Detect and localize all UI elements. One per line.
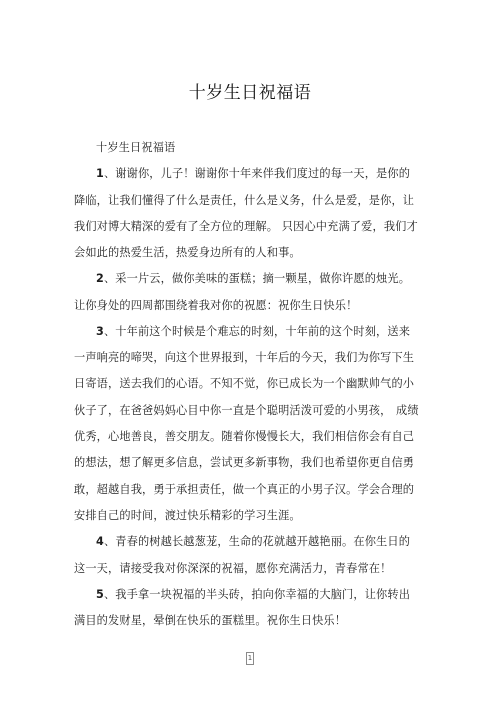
item-number: 2 bbox=[96, 272, 104, 285]
paragraph-line: 安排自己的时间，渡过快乐精彩的学习生涯。 bbox=[74, 507, 301, 523]
paragraph-line: 一声响亮的啼哭，向这个世界报到，十年后的今天，我们为你写下生 bbox=[74, 349, 414, 365]
item-number: 4 bbox=[96, 535, 104, 548]
paragraph-line: 4、青春的树越长越葱茏，生命的花就越开越艳丽。在你生日的 bbox=[96, 533, 410, 549]
paragraph-line: 满目的发财星，晕倒在快乐的蛋糕里。祝你生日快乐！ bbox=[74, 612, 346, 628]
item-number: 1 bbox=[96, 167, 104, 180]
document-subtitle: 十岁生日祝福语 bbox=[96, 139, 175, 155]
paragraph-line: 降临，让我们懂得了什么是责任，什么是义务，什么是爱，是你，让 bbox=[74, 192, 414, 208]
paragraph-line: 会如此的热爱生活，热爱身边所有的人和事。 bbox=[74, 244, 301, 260]
paragraph-line: 我们对博大精深的爱有了全方位的理解。 只因心中充满了爱，我们才 bbox=[74, 218, 418, 234]
page-number: 1 bbox=[246, 652, 254, 665]
paragraph-line: 让你身处的四周都围绕着我对你的祝愿：祝你生日快乐！ bbox=[74, 297, 357, 313]
paragraph-line: 这一天，请接受我对你深深的祝福，愿你充满活力，青春常在！ bbox=[74, 560, 391, 576]
paragraph-line: 1、谢谢你，儿子！谢谢你十年来伴我们度过的每一天，是你的 bbox=[96, 165, 410, 181]
item-number: 3 bbox=[96, 325, 104, 338]
paragraph-line: 优秀，心地善良，善交朋友。随着你慢慢长大，我们相信你会有自己 bbox=[74, 428, 414, 444]
paragraph-line: 3、十年前这个时候是个难忘的时刻，十年前的这个时刻，送来 bbox=[96, 323, 410, 339]
paragraph-line: 敢，超越自我，勇于承担责任，做一个真正的小男子汉。学会合理的 bbox=[74, 481, 414, 497]
item-number: 5 bbox=[96, 588, 104, 601]
paragraph-line: 伙子了，在爸爸妈妈心目中你一直是个聪明活泼可爱的小男孩，成绩 bbox=[74, 402, 391, 418]
paragraph-line: 2、采一片云，做你美味的蛋糕；摘一颗星，做你许愿的烛光。 bbox=[96, 270, 410, 286]
paragraph-line: 5、我手拿一块祝福的半头砖，拍向你幸福的大脑门，让你转出 bbox=[96, 586, 410, 602]
paragraph-line: 日寄语，送去我们的心语。不知不觉，你已成长为一个幽默帅气的小 bbox=[74, 375, 414, 391]
document-title: 十岁生日祝福语 bbox=[0, 78, 500, 103]
paragraph-line: 的想法，想了解更多信息，尝试更多新事物，我们也希望你更自信勇 bbox=[74, 454, 414, 470]
